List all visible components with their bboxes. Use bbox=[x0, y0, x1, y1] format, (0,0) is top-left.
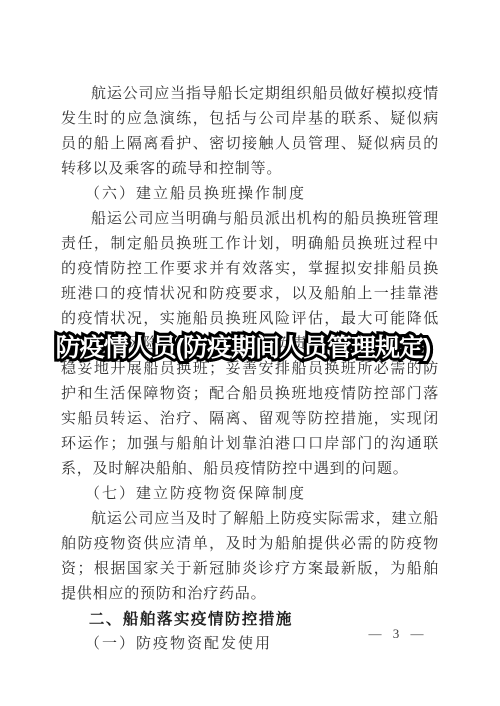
subheading-epidemic-supplies-system: （七）建立防疫物资保障制度 bbox=[61, 482, 439, 507]
watermark-title-banner: 防疫情人员(防疫期间人员管理规定) bbox=[54, 328, 432, 364]
document-body: 航运公司应当指导船长定期组织船员做好模拟疫情发生时的应急演练，包括与公司岸基的联… bbox=[61, 82, 439, 657]
subheading-crew-rotation-system: （六）建立船员换班操作制度 bbox=[61, 182, 439, 207]
page-number: — 3 — bbox=[358, 626, 438, 642]
paragraph-supplies-detail: 航运公司应当及时了解船上防疫实际需求，建立船舶防疫物资供应清单，及时为船舶提供必… bbox=[61, 507, 439, 607]
paragraph-emergency-drill: 航运公司应当指导船长定期组织船员做好模拟疫情发生时的应急演练，包括与公司岸基的联… bbox=[61, 82, 439, 182]
document-page: 航运公司应当指导船长定期组织船员做好模拟疫情发生时的应急演练，包括与公司岸基的联… bbox=[0, 0, 500, 706]
